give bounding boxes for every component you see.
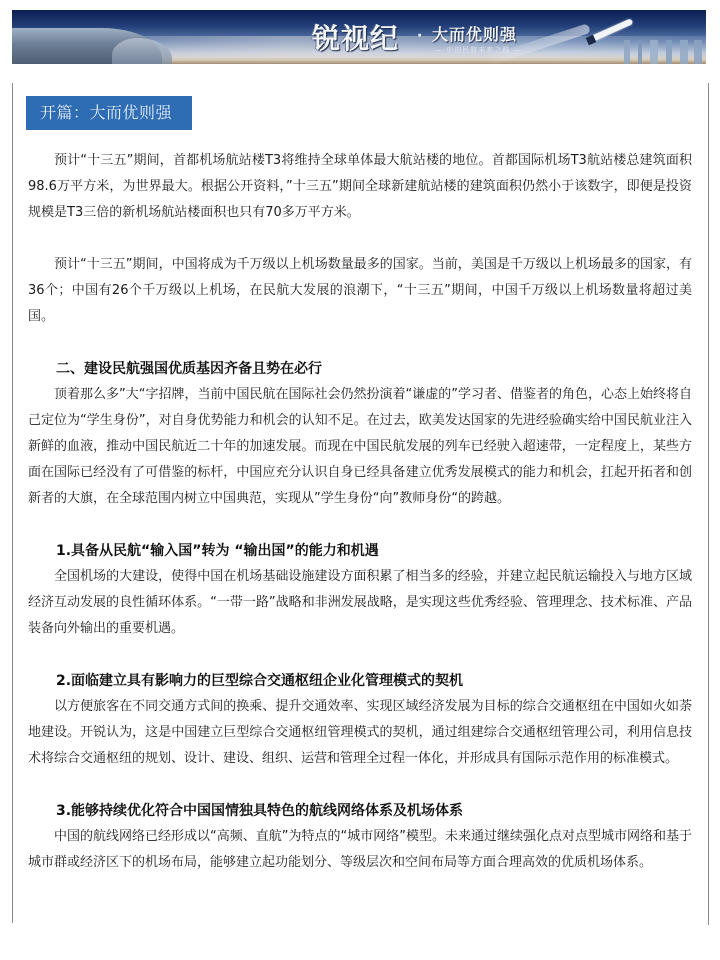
page-border-right [708, 83, 709, 925]
spacer [28, 226, 692, 252]
header-banner: 锐视纪 · 大而优则强 — 中国民航未来之路 — [12, 10, 706, 64]
subsection-body-1: 全国机场的大建设，使得中国在机场基础设施建设方面积累了相当多的经验，并建立起民航… [28, 564, 692, 642]
banner-brand: 锐视纪 [312, 17, 399, 57]
banner-slogan: 大而优则强 [432, 22, 517, 45]
subsection-heading-1: 1.具备从民航“输入国”转为 “输出国”的能力和机遇 [28, 538, 692, 564]
subsection-body-2: 以方便旅客在不同交通方式间的换乘、提升交通效率、实现区域经济发展为目标的综合交通… [28, 694, 692, 772]
banner-separator: · [417, 28, 422, 44]
spacer [28, 512, 692, 538]
spacer [28, 642, 692, 668]
subsection-heading-2: 2.面临建立具有影响力的巨型综合交通枢纽企业化管理模式的契机 [28, 668, 692, 694]
spacer [28, 772, 692, 798]
subsection-heading-3: 3.能够持续优化符合中国国情独具特色的航线网络体系及机场体系 [28, 798, 692, 824]
city-skyline-image [616, 40, 706, 64]
chapter-title: 开篇：大而优则强 [26, 96, 192, 130]
banner-subslogan: — 中国民航未来之路 — [435, 45, 521, 55]
subsection-body-3: 中国的航线网络已经形成以“高频、直航”为特点的“城市网络”模型。未来通过继续强化… [28, 824, 692, 876]
page-border-left [12, 83, 13, 923]
spacer [28, 330, 692, 356]
paragraph-terminal-t3: 预计“十三五”期间，首都机场航站楼T3将维持全球单体最大航站楼的地位。首都国际机… [28, 148, 692, 226]
section-heading-2: 二、建设民航强国优质基因齐备且势在必行 [28, 356, 692, 382]
article-body: 预计“十三五”期间，首都机场航站楼T3将维持全球单体最大航站楼的地位。首都国际机… [28, 148, 692, 876]
section-2-body: 顶着那么多”大“字招牌，当前中国民航在国际社会仍然扮演着“谦虚的”学习者、借鉴者… [28, 382, 692, 512]
paragraph-airport-count: 预计“十三五”期间，中国将成为千万级以上机场数量最多的国家。当前，美国是千万级以… [28, 252, 692, 330]
